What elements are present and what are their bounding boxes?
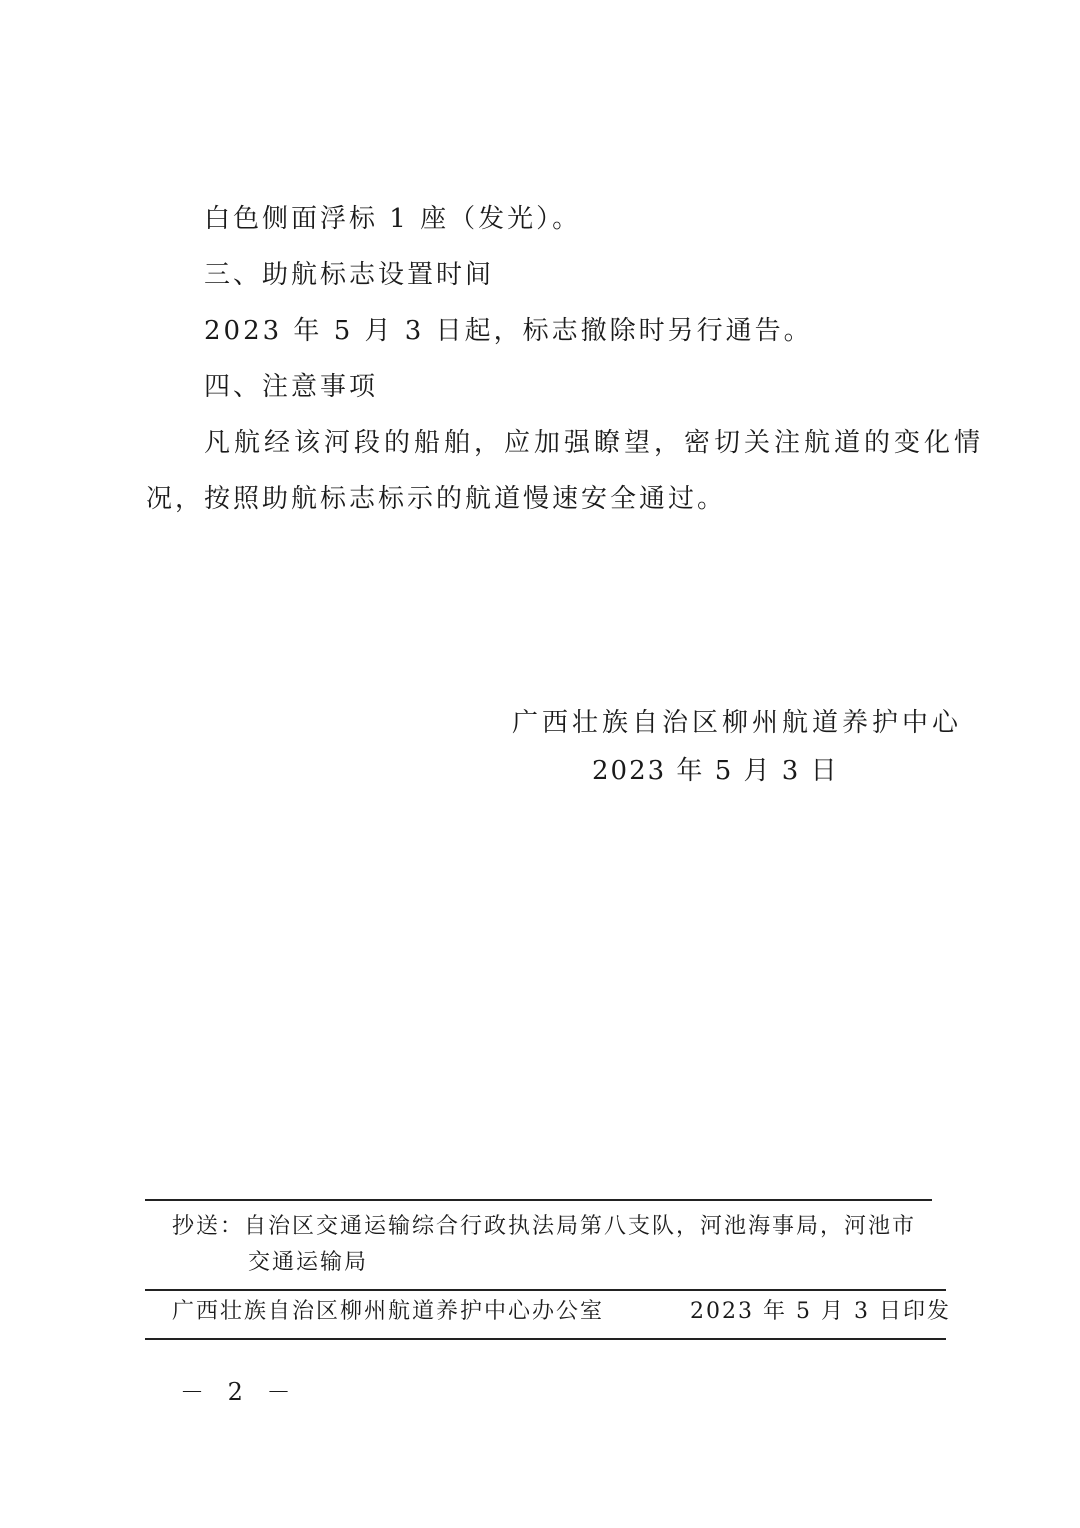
divider-top (145, 1199, 932, 1201)
section-heading: 三、助航标志设置时间 (204, 260, 494, 290)
cc-recipients-continued: 交通运输局 (248, 1250, 368, 1276)
body-paragraph: 2023 年 5 月 3 日起，标志撤除时另行通告。 (204, 316, 813, 346)
body-paragraph: 凡航经该河段的船舶，应加强瞭望，密切关注航道的变化情 (204, 428, 984, 458)
issuing-office: 广西壮族自治区柳州航道养护中心办公室 (172, 1299, 604, 1325)
cc-recipients: 抄送：自治区交通运输综合行政执法局第八支队，河池海事局，河池市 (172, 1214, 916, 1240)
section-heading: 四、注意事项 (204, 372, 378, 402)
signature-organization: 广西壮族自治区柳州航道养护中心 (512, 708, 962, 738)
divider-middle (145, 1289, 946, 1291)
signature-date: 2023 年 5 月 3 日 (592, 756, 839, 786)
divider-bottom (145, 1338, 946, 1340)
body-paragraph-continued: 况，按照助航标志标示的航道慢速安全通过。 (146, 484, 726, 514)
issue-date: 2023 年 5 月 3 日印发 (690, 1299, 951, 1325)
body-paragraph: 白色侧面浮标 1 座（发光）。 (204, 204, 581, 234)
page-number: － 2 － (180, 1378, 299, 1406)
